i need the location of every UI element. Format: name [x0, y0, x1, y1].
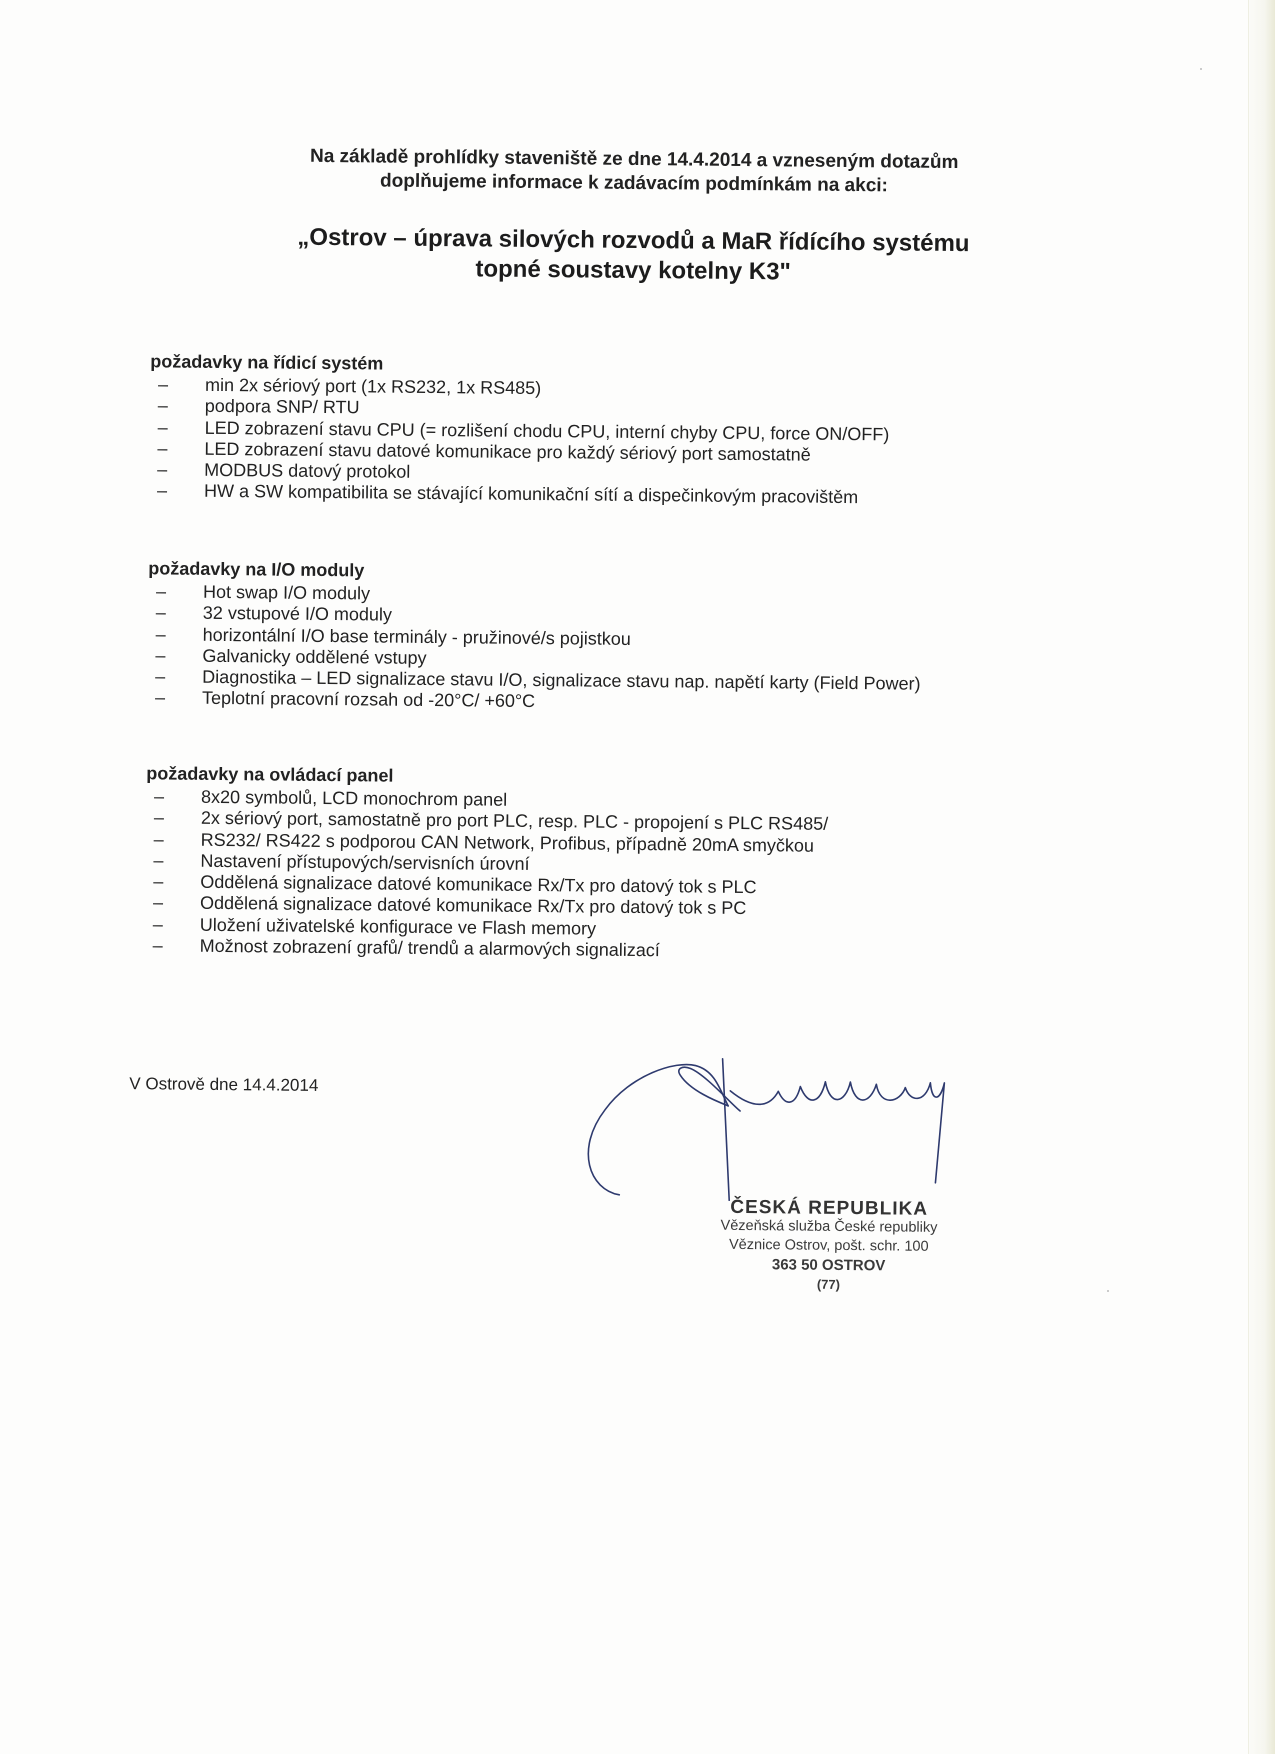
- list-item-text: MODBUS datový protokol: [204, 460, 410, 482]
- place-and-date: V Ostrově dne 14.4.2014: [129, 1074, 318, 1096]
- section-control-system: požadavky na řídicí systém –min 2x sério…: [149, 350, 1050, 510]
- bullet-dash: –: [154, 829, 164, 850]
- bullet-dash: –: [154, 808, 164, 829]
- requirement-list: –min 2x sériový port (1x RS232, 1x RS485…: [149, 374, 1050, 510]
- bullet-dash: –: [153, 850, 163, 871]
- list-item-text: Možnost zobrazení grafů/ trendů a alarmo…: [200, 936, 660, 960]
- bullet-dash: –: [158, 417, 168, 438]
- bullet-dash: –: [155, 667, 165, 688]
- bullet-dash: –: [158, 374, 168, 395]
- document-title: „Ostrov – úprava silových rozvodů a MaR …: [253, 222, 1014, 289]
- document-page: Na základě prohlídky staveniště ze dne 1…: [0, 0, 1275, 1754]
- stamp-line: (77): [663, 1273, 993, 1295]
- bullet-dash: –: [153, 935, 163, 956]
- list-item-text: Nastavení přístupových/servisních úrovní: [200, 851, 529, 874]
- list-item-text: podpora SNP/ RTU: [205, 396, 360, 417]
- section-io-modules: požadavky na I/O moduly –Hot swap I/O mo…: [147, 557, 1048, 717]
- requirement-list: –Hot swap I/O moduly –32 vstupové I/O mo…: [147, 581, 1048, 717]
- bullet-dash: –: [155, 688, 165, 709]
- bullet-dash: –: [156, 624, 166, 645]
- bullet-dash: –: [153, 893, 163, 914]
- bullet-dash: –: [156, 581, 166, 602]
- official-stamp: ČESKÁ REPUBLIKA Vězeňská služba České re…: [663, 1197, 994, 1295]
- bullet-dash: –: [156, 603, 166, 624]
- bullet-dash: –: [157, 460, 167, 481]
- list-item-text: Hot swap I/O moduly: [203, 582, 370, 604]
- bullet-dash: –: [157, 438, 167, 459]
- bullet-dash: –: [154, 786, 164, 807]
- list-item-text: Teplotní pracovní rozsah od -20°C/ +60°C: [202, 688, 535, 711]
- list-item-text: min 2x sériový port (1x RS232, 1x RS485): [205, 375, 541, 398]
- scan-speck: [1200, 68, 1202, 70]
- list-item-text: Galvanicky oddělené vstupy: [202, 646, 426, 668]
- section-control-panel: požadavky na ovládací panel –8x20 symbol…: [145, 762, 1047, 965]
- list-item-text: horizontální I/O base terminály - pružin…: [203, 624, 631, 648]
- list-item-text: Uložení uživatelské konfigurace ve Flash…: [200, 915, 596, 939]
- bullet-dash: –: [155, 645, 165, 666]
- bullet-dash: –: [153, 872, 163, 893]
- bullet-dash: –: [157, 481, 167, 502]
- list-item-text: 8x20 symbolů, LCD monochrom panel: [201, 787, 507, 810]
- handwritten-signature: [579, 1049, 1000, 1203]
- bullet-dash: –: [153, 914, 163, 935]
- scan-speck: [1107, 1290, 1109, 1292]
- requirement-list: –8x20 symbolů, LCD monochrom panel –2x s…: [145, 786, 1047, 965]
- intro-paragraph: Na základě prohlídky staveniště ze dne 1…: [254, 144, 1014, 199]
- bullet-dash: –: [158, 396, 168, 417]
- list-item-text: 32 vstupové I/O moduly: [203, 603, 392, 625]
